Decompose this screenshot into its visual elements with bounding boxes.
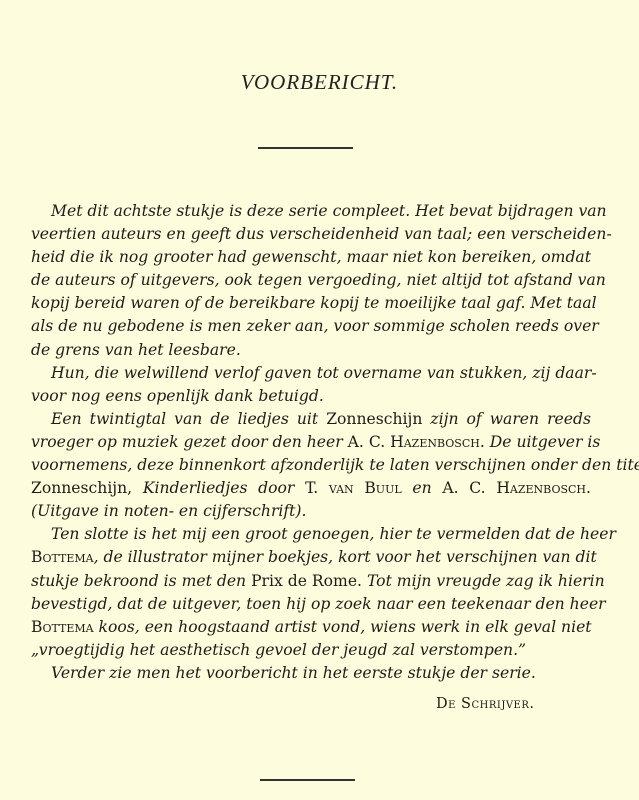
text-run: stukje bekroond is met den bbox=[31, 572, 251, 590]
text-line: Met dit achtste stukje is deze serie com… bbox=[31, 200, 591, 223]
text-run: De uitgever is bbox=[485, 433, 601, 451]
text-run: als de nu gebodene is men zeker aan, voo… bbox=[31, 317, 599, 335]
page-title: VOORBERICHT. bbox=[0, 70, 639, 95]
paragraph: Hun, die welwillend verlof gaven tot ove… bbox=[31, 362, 591, 408]
text-line: als de nu gebodene is men zeker aan, voo… bbox=[31, 315, 591, 338]
paragraph: Ten slotte is het mij een groot genoegen… bbox=[31, 523, 591, 662]
preface-body: Met dit achtste stukje is deze serie com… bbox=[31, 200, 591, 685]
text-run: Bottema bbox=[31, 618, 94, 636]
paragraph: Met dit achtste stukje is deze serie com… bbox=[31, 200, 591, 362]
text-run: heid die ik nog grooter had gewenscht, m… bbox=[31, 248, 591, 266]
text-line: Verder zie men het voorbericht in het ee… bbox=[31, 662, 591, 685]
text-run: de grens van het leesbare. bbox=[31, 341, 241, 359]
text-line: „vroegtijdig het aesthetisch gevoel der … bbox=[31, 639, 591, 662]
text-run: Prix de Rome. bbox=[251, 572, 362, 590]
bottom-divider-rule bbox=[260, 779, 355, 781]
text-run: Kinderliedjes door bbox=[132, 479, 305, 497]
text-line: Bottema, de illustrator mijner boekjes, … bbox=[31, 546, 591, 569]
top-divider-rule bbox=[258, 147, 353, 149]
text-run: Hun, die welwillend verlof gaven tot ove… bbox=[51, 364, 597, 382]
text-run: bevestigd, dat de uitgever, toen hij op … bbox=[31, 595, 606, 613]
text-run: kopij bereid waren of de bereikbare kopi… bbox=[31, 294, 597, 312]
text-run: , de illustrator mijner boekjes, kort vo… bbox=[94, 548, 597, 566]
text-line: kopij bereid waren of de bereikbare kopi… bbox=[31, 292, 591, 315]
text-line: voor nog eens openlijk dank betuigd. bbox=[31, 385, 591, 408]
text-run: Verder zie men het voorbericht in het ee… bbox=[51, 664, 536, 682]
text-run: Zonneschijn, bbox=[31, 479, 132, 497]
text-line: veertien auteurs en geeft dus verscheide… bbox=[31, 223, 591, 246]
text-run: T. van Buul bbox=[305, 479, 402, 497]
text-line: Bottema koos, een hoogstaand artist vond… bbox=[31, 616, 591, 639]
text-line: Ten slotte is het mij een groot genoegen… bbox=[31, 523, 591, 546]
text-run: „vroegtijdig het aesthetisch gevoel der … bbox=[31, 641, 526, 659]
text-run: Bottema bbox=[31, 548, 94, 566]
text-line: heid die ik nog grooter had gewenscht, m… bbox=[31, 246, 591, 269]
text-run: Tot mijn vreugde zag ik hierin bbox=[362, 572, 605, 590]
text-run: Met dit achtste stukje is deze serie com… bbox=[51, 202, 607, 220]
text-line: (Uitgave in noten- en cijferschrift). bbox=[31, 500, 591, 523]
text-line: voornemens, deze binnenkort afzonderlijk… bbox=[31, 454, 591, 477]
text-line: stukje bekroond is met den Prix de Rome.… bbox=[31, 570, 591, 593]
signature: De Schrijver. bbox=[436, 696, 535, 712]
text-run: en bbox=[402, 479, 443, 497]
text-run: koos, een hoogstaand artist vond, wiens … bbox=[94, 618, 592, 636]
text-line: de grens van het leesbare. bbox=[31, 339, 591, 362]
text-line: Zonneschijn, Kinderliedjes door T. van B… bbox=[31, 477, 591, 500]
text-line: de auteurs of uitgevers, ook tegen vergo… bbox=[31, 269, 591, 292]
text-run: Zonneschijn bbox=[326, 410, 422, 428]
text-run: A. C. Hazenbosch. bbox=[348, 433, 485, 451]
text-run: Ten slotte is het mij een groot genoegen… bbox=[51, 525, 616, 543]
text-line: vroeger op muziek gezet door den heer A.… bbox=[31, 431, 591, 454]
paragraph: Verder zie men het voorbericht in het ee… bbox=[31, 662, 591, 685]
text-run: vroeger op muziek gezet door den heer bbox=[31, 433, 348, 451]
text-line: Hun, die welwillend verlof gaven tot ove… bbox=[31, 362, 591, 385]
text-run: (Uitgave in noten- en cijferschrift). bbox=[31, 502, 306, 520]
paragraph: Een twintigtal van de liedjes uit Zonnes… bbox=[31, 408, 591, 523]
text-run: voor nog eens openlijk dank betuigd. bbox=[31, 387, 324, 405]
text-run: Een twintigtal van de liedjes uit bbox=[51, 410, 326, 428]
text-line: bevestigd, dat de uitgever, toen hij op … bbox=[31, 593, 591, 616]
text-run: de auteurs of uitgevers, ook tegen vergo… bbox=[31, 271, 606, 289]
text-run: A. C. Hazenbosch. bbox=[442, 479, 591, 497]
text-run: zijn of waren reeds bbox=[422, 410, 591, 428]
text-line: Een twintigtal van de liedjes uit Zonnes… bbox=[31, 408, 591, 431]
text-run: voornemens, deze binnenkort afzonderlijk… bbox=[31, 456, 639, 474]
text-run: veertien auteurs en geeft dus verscheide… bbox=[31, 225, 612, 243]
